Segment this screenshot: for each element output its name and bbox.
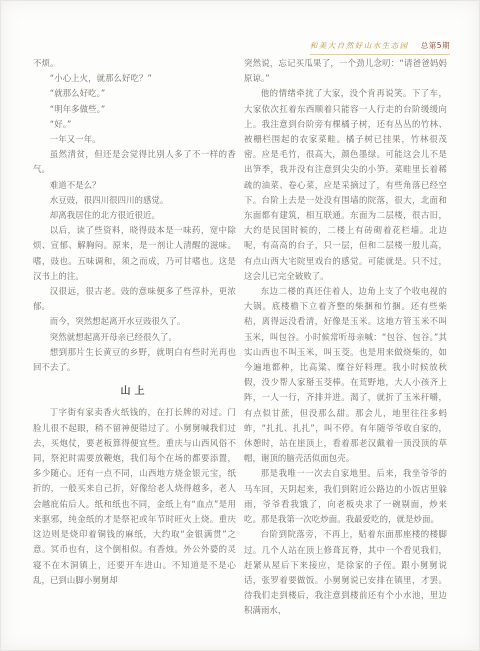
paragraph: 不烦。: [33, 56, 236, 71]
paragraph-continuation: 突然说，忘记买瓜果了，一个劲儿念叨：“请爸爸妈妈原谅。”: [244, 56, 447, 86]
dialogue-line: “好。”: [33, 117, 236, 132]
two-column-body: 不烦。 “小心上火，就那么好吃？” “就那么好吃。” “明年多做些。” “好。”…: [33, 56, 447, 619]
paragraph: 东边二楼的真还住着人，边角上支了个收电视的大锅。底楼檐下立着齐整的柴捆和竹捆。还…: [244, 284, 447, 466]
dialogue-line: “就那么好吃。”: [33, 86, 236, 101]
issue-number-label: 总第5期: [421, 40, 450, 51]
paragraph: 以后，读了些资料，晓得豉本是一味药，宽中除烦、宣郁、解胸闷。原来，是一剂让人清醒…: [33, 223, 236, 284]
paragraph: 台阶到院落旁，不再上，贴着东面那座楼的楼脚过。几个人站在顶上修葺瓦脊，其中一个看…: [244, 527, 447, 618]
page-header: 和美大自然好山水生态园 总第5期: [310, 40, 450, 55]
paragraph: 虽然清贫，但还是会觉得比别人多了不一样的香气。: [33, 147, 236, 177]
scanned-journal-page: 和美大自然好山水生态园 总第5期 不烦。 “小心上火，就那么好吃？” “就那么好…: [0, 0, 480, 651]
right-column: 突然说，忘记买瓜果了，一个劲儿念叨：“请爸爸妈妈原谅。” 他的情绪牵扰了大家，没…: [244, 56, 447, 619]
paragraph: 突然就想起离开母亲已经很久了。: [33, 330, 236, 345]
journal-title-calligraphy: 和美大自然好山水生态园: [310, 40, 409, 51]
paragraph: 而今，突然想起离开水豆豉很久了。: [33, 314, 236, 329]
paragraph: 丁字街有家卖香火纸钱的，在打长牌的对过。门脸儿很不起眼，稍不留神便错过了。小舅舅…: [33, 405, 236, 587]
paragraph: 他的情绪牵扰了大家，没个肯再说笑。下了车，大家依次扛着东西顺着只能容一人行走的台…: [244, 86, 447, 284]
paragraph: 却离我居住的北方很近很近。: [33, 208, 236, 223]
paragraph: 水豆豉，很四川很四川的感觉。: [33, 193, 236, 208]
dialogue-line: “明年多做些。”: [33, 102, 236, 117]
paragraph: 一年又一年。: [33, 132, 236, 147]
section-heading: 山上: [33, 384, 236, 399]
left-column: 不烦。 “小心上火，就那么好吃？” “就那么好吃。” “明年多做些。” “好。”…: [33, 56, 236, 619]
paragraph: 汉很远，很古老。豉的意味便多了些淳朴，更浓郁。: [33, 284, 236, 314]
paragraph: 那是我唯一一次去自家地里。后来，我坐爷爷的马车回，天阴起来，我们到附近公路边的小…: [244, 466, 447, 527]
dialogue-line: “小心上火，就那么好吃？”: [33, 71, 236, 86]
paragraph: 想到那片生长黄豆的乡野，就明白有些时光再也回不去了。: [33, 345, 236, 375]
paragraph: 难道不是么？: [33, 178, 236, 193]
